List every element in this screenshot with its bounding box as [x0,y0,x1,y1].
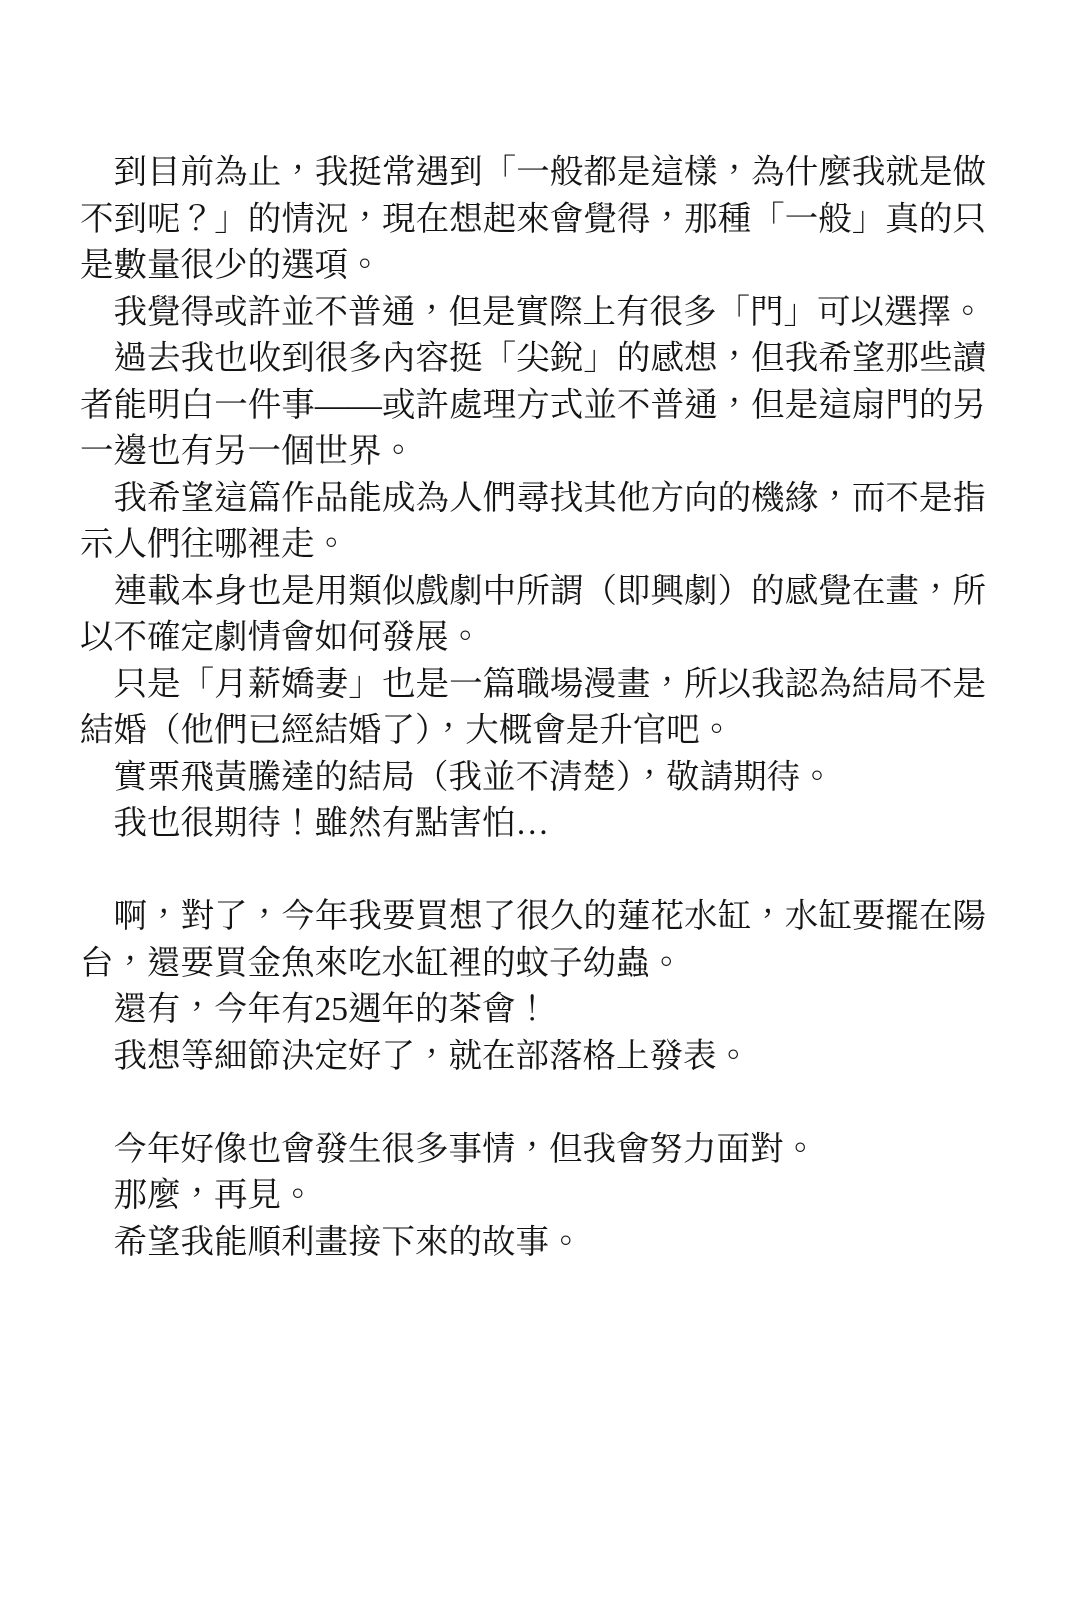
page: 到目前為止，我挺常遇到「一般都是這樣，為什麼我就是做不到呢？」的情況，現在想起來… [0,0,1066,1600]
afterword-body: 到目前為止，我挺常遇到「一般都是這樣，為什麼我就是做不到呢？」的情況，現在想起來… [80,150,986,1266]
paragraph: 還有，今年有25週年的茶會！ [80,987,986,1034]
paragraph: 到目前為止，我挺常遇到「一般都是這樣，為什麼我就是做不到呢？」的情況，現在想起來… [80,150,986,290]
paragraph: 過去我也收到很多內容挺「尖銳」的感想，但我希望那些讀者能明白一件事——或許處理方… [80,336,986,476]
paragraph: 今年好像也會發生很多事情，但我會努力面對。 [80,1127,986,1174]
paragraph: 實栗飛黃騰達的結局（我並不清楚），敬請期待。 [80,755,986,802]
paragraph: 我也很期待！雖然有點害怕… [80,801,986,848]
paragraph: 只是「月薪嬌妻」也是一篇職場漫畫，所以我認為結局不是結婚（他們已經結婚了），大概… [80,662,986,755]
paragraph: 希望我能順利畫接下來的故事。 [80,1220,986,1267]
paragraph: 那麼，再見。 [80,1173,986,1220]
paragraph: 我覺得或許並不普通，但是實際上有很多「門」可以選擇。 [80,290,986,337]
paragraph: 我希望這篇作品能成為人們尋找其他方向的機緣，而不是指示人們往哪裡走。 [80,476,986,569]
paragraph: 我想等細節決定好了，就在部落格上發表。 [80,1034,986,1081]
paragraph: 連載本身也是用類似戲劇中所謂（即興劇）的感覺在畫，所以不確定劇情會如何發展。 [80,569,986,662]
paragraph: 啊，對了，今年我要買想了很久的蓮花水缸，水缸要擺在陽台，還要買金魚來吃水缸裡的蚊… [80,894,986,987]
